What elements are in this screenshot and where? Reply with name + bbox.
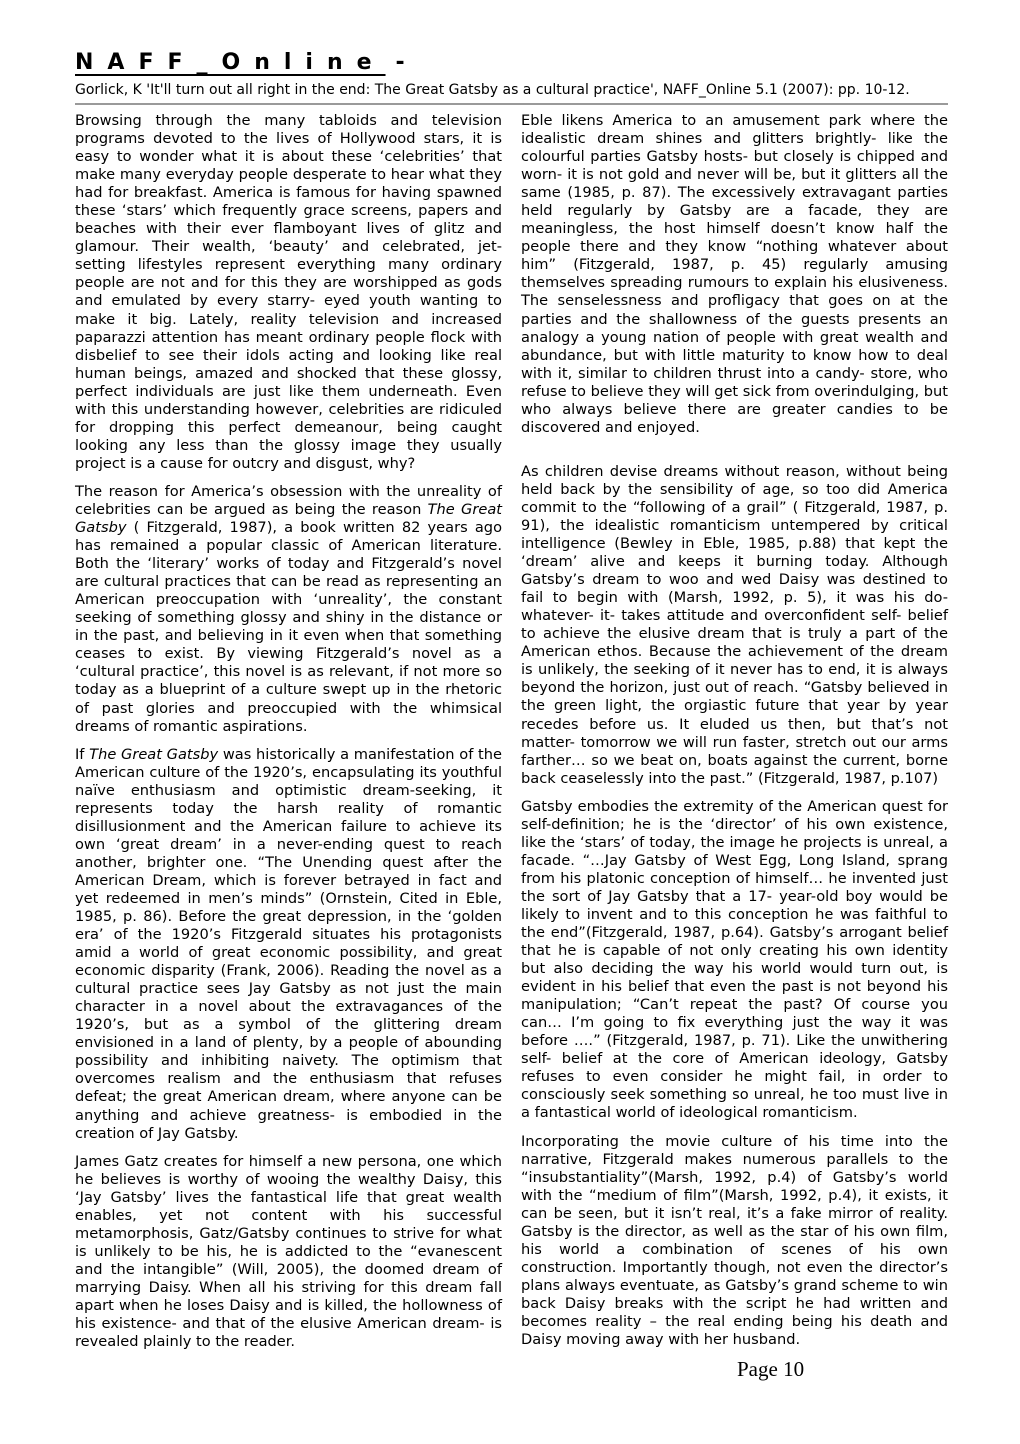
masthead: NAFF_Online- — [75, 50, 948, 75]
journal-title: NAFF_Online — [75, 50, 386, 75]
paragraph: James Gatz creates for himself a new per… — [75, 1153, 502, 1352]
paragraph: Eble likens America to an amusement park… — [521, 112, 948, 437]
right-column: Eble likens America to an amusement park… — [521, 112, 948, 1361]
page-number: Page 10 — [737, 1357, 804, 1382]
document-page: NAFF_Online- Gorlick, K 'It'll turn out … — [0, 0, 1020, 1444]
article-citation: Gorlick, K 'It'll turn out all right in … — [75, 82, 948, 103]
header-divider — [75, 103, 948, 105]
left-column: Browsing through the many tabloids and t… — [75, 112, 502, 1361]
article-body: Browsing through the many tabloids and t… — [75, 112, 948, 1361]
masthead-dash: - — [396, 50, 405, 75]
paragraph: Browsing through the many tabloids and t… — [75, 112, 502, 473]
paragraph: Incorporating the movie culture of his t… — [521, 1133, 948, 1350]
paragraph: As children devise dreams without reason… — [521, 463, 948, 788]
paragraph: The reason for America’s obsession with … — [75, 483, 502, 736]
paragraph: If The Great Gatsby was historically a m… — [75, 746, 502, 1143]
page-content: NAFF_Online- Gorlick, K 'It'll turn out … — [75, 50, 948, 1361]
paragraph: Gatsby embodies the extremity of the Ame… — [521, 798, 948, 1123]
